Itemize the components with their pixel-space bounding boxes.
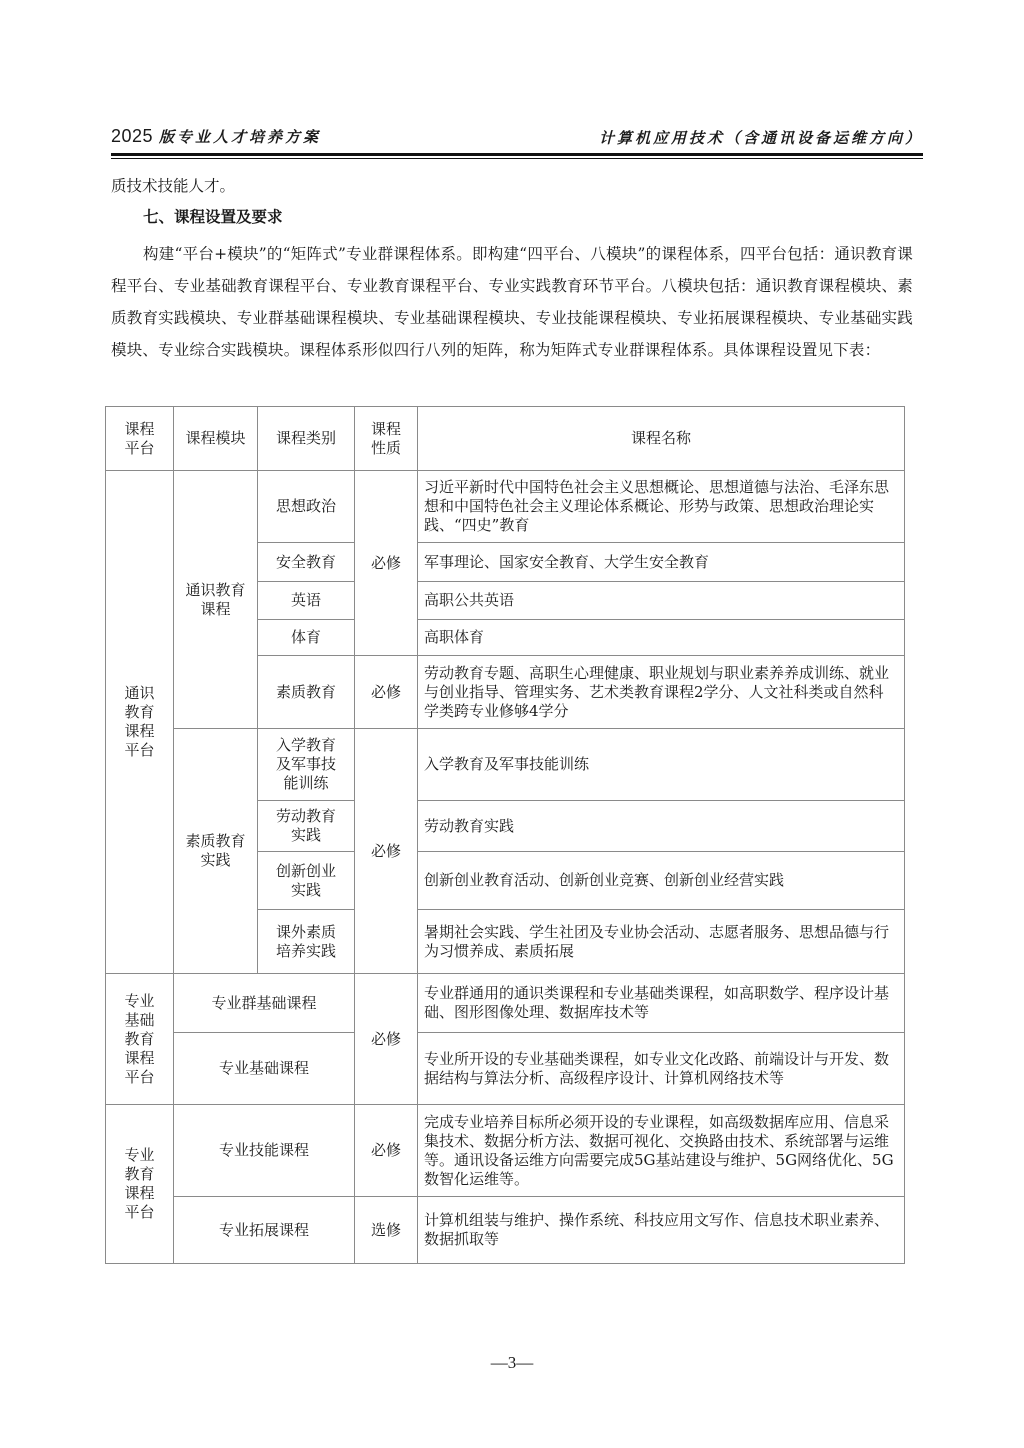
table-row: 素质教育 实践 入学教育 及军事技 能训练 必修 入学教育及军事技能训练: [106, 729, 905, 801]
header-major-title: 计算机应用技术（含通讯设备运维方向）: [599, 127, 923, 148]
category-cell: 创新创业 实践: [258, 852, 355, 910]
section-heading: 七、课程设置及要求: [143, 205, 283, 227]
module-extension: 专业拓展课程: [174, 1197, 355, 1264]
nature-cell: 必修: [355, 471, 418, 656]
page-header: 2025 版专业人才培养方案 计算机应用技术（含通讯设备运维方向）: [111, 126, 923, 152]
table-row: 专业 教育 课程 平台 专业技能课程 必修 完成专业培养目标所必须开设的专业课程…: [106, 1105, 905, 1197]
courses-cell: 计算机组装与维护、操作系统、科技应用文写作、信息技术职业素养、数据抓取等: [418, 1197, 905, 1264]
header-platform: 课程 平台: [106, 407, 174, 471]
course-table: 课程 平台 课程模块 课程类别 课程 性质 课程名称 通识 教育 课程 平台 通…: [105, 406, 905, 1264]
category-cell: 课外素质 培养实践: [258, 910, 355, 974]
category-cell: 素质教育: [258, 656, 355, 729]
intro-paragraph: 构建“平台+模块”的“矩阵式”专业群课程体系。即构建“四平台、八模块”的课程体系…: [111, 238, 913, 366]
module-group-basic: 专业群基础课程: [174, 974, 355, 1033]
header-doc-title: 版专业人才培养方案: [159, 128, 321, 146]
courses-cell: 劳动教育专题、高职生心理健康、职业规划与职业素养养成训练、就业与创业指导、管理实…: [418, 656, 905, 729]
table-row: 通识 教育 课程 平台 通识教育 课程 思想政治 必修 习近平新时代中国特色社会…: [106, 471, 905, 543]
category-cell: 体育: [258, 620, 355, 656]
courses-cell: 入学教育及军事技能训练: [418, 729, 905, 801]
nature-cell: 必修: [355, 1105, 418, 1197]
module-skill: 专业技能课程: [174, 1105, 355, 1197]
module-major-basic: 专业基础课程: [174, 1033, 355, 1105]
courses-cell: 专业所开设的专业基础类课程，如专业文化改路、前端设计与开发、数据结构与算法分析、…: [418, 1033, 905, 1105]
module-general-course: 通识教育 课程: [174, 471, 258, 729]
page-number: —3—: [0, 1353, 1024, 1373]
table-header-row: 课程 平台 课程模块 课程类别 课程 性质 课程名称: [106, 407, 905, 471]
module-quality-practice: 素质教育 实践: [174, 729, 258, 974]
header-nature: 课程 性质: [355, 407, 418, 471]
courses-cell: 劳动教育实践: [418, 801, 905, 852]
nature-cell: 必修: [355, 729, 418, 974]
header-category: 课程类别: [258, 407, 355, 471]
nature-cell: 必修: [355, 656, 418, 729]
courses-cell: 创新创业教育活动、创新创业竞赛、创新创业经营实践: [418, 852, 905, 910]
table-row: 专业 基础 教育 课程 平台 专业群基础课程 必修 专业群通用的通识类课程和专业…: [106, 974, 905, 1033]
nature-cell: 必修: [355, 974, 418, 1105]
courses-cell: 暑期社会实践、学生社团及专业协会活动、志愿者服务、思想品德与行为习惯养成、素质拓…: [418, 910, 905, 974]
header-rule-thick: [111, 153, 923, 156]
table-row: 专业拓展课程 选修 计算机组装与维护、操作系统、科技应用文写作、信息技术职业素养…: [106, 1197, 905, 1264]
category-cell: 思想政治: [258, 471, 355, 543]
category-cell: 安全教育: [258, 543, 355, 582]
table-row: 专业基础课程 专业所开设的专业基础类课程，如专业文化改路、前端设计与开发、数据结…: [106, 1033, 905, 1105]
platform-basic: 专业 基础 教育 课程 平台: [106, 974, 174, 1105]
category-cell: 劳动教育 实践: [258, 801, 355, 852]
courses-cell: 高职体育: [418, 620, 905, 656]
nature-cell: 选修: [355, 1197, 418, 1264]
courses-cell: 军事理论、国家安全教育、大学生安全教育: [418, 543, 905, 582]
platform-general: 通识 教育 课程 平台: [106, 471, 174, 974]
courses-cell: 专业群通用的通识类课程和专业基础类课程，如高职数学、程序设计基础、图形图像处理、…: [418, 974, 905, 1033]
header-rule-thin: [111, 158, 923, 159]
courses-cell: 完成专业培养目标所必须开设的专业课程，如高级数据库应用、信息采集技术、数据分析方…: [418, 1105, 905, 1197]
continuation-text: 质技术技能人才。: [111, 170, 913, 202]
category-cell: 英语: [258, 582, 355, 620]
header-module: 课程模块: [174, 407, 258, 471]
header-course-name: 课程名称: [418, 407, 905, 471]
courses-cell: 习近平新时代中国特色社会主义思想概论、思想道德与法治、毛泽东思想和中国特色社会主…: [418, 471, 905, 543]
header-year: 2025: [111, 126, 153, 146]
category-cell: 入学教育 及军事技 能训练: [258, 729, 355, 801]
platform-professional: 专业 教育 课程 平台: [106, 1105, 174, 1264]
header-left: 2025 版专业人才培养方案: [111, 126, 321, 147]
courses-cell: 高职公共英语: [418, 582, 905, 620]
